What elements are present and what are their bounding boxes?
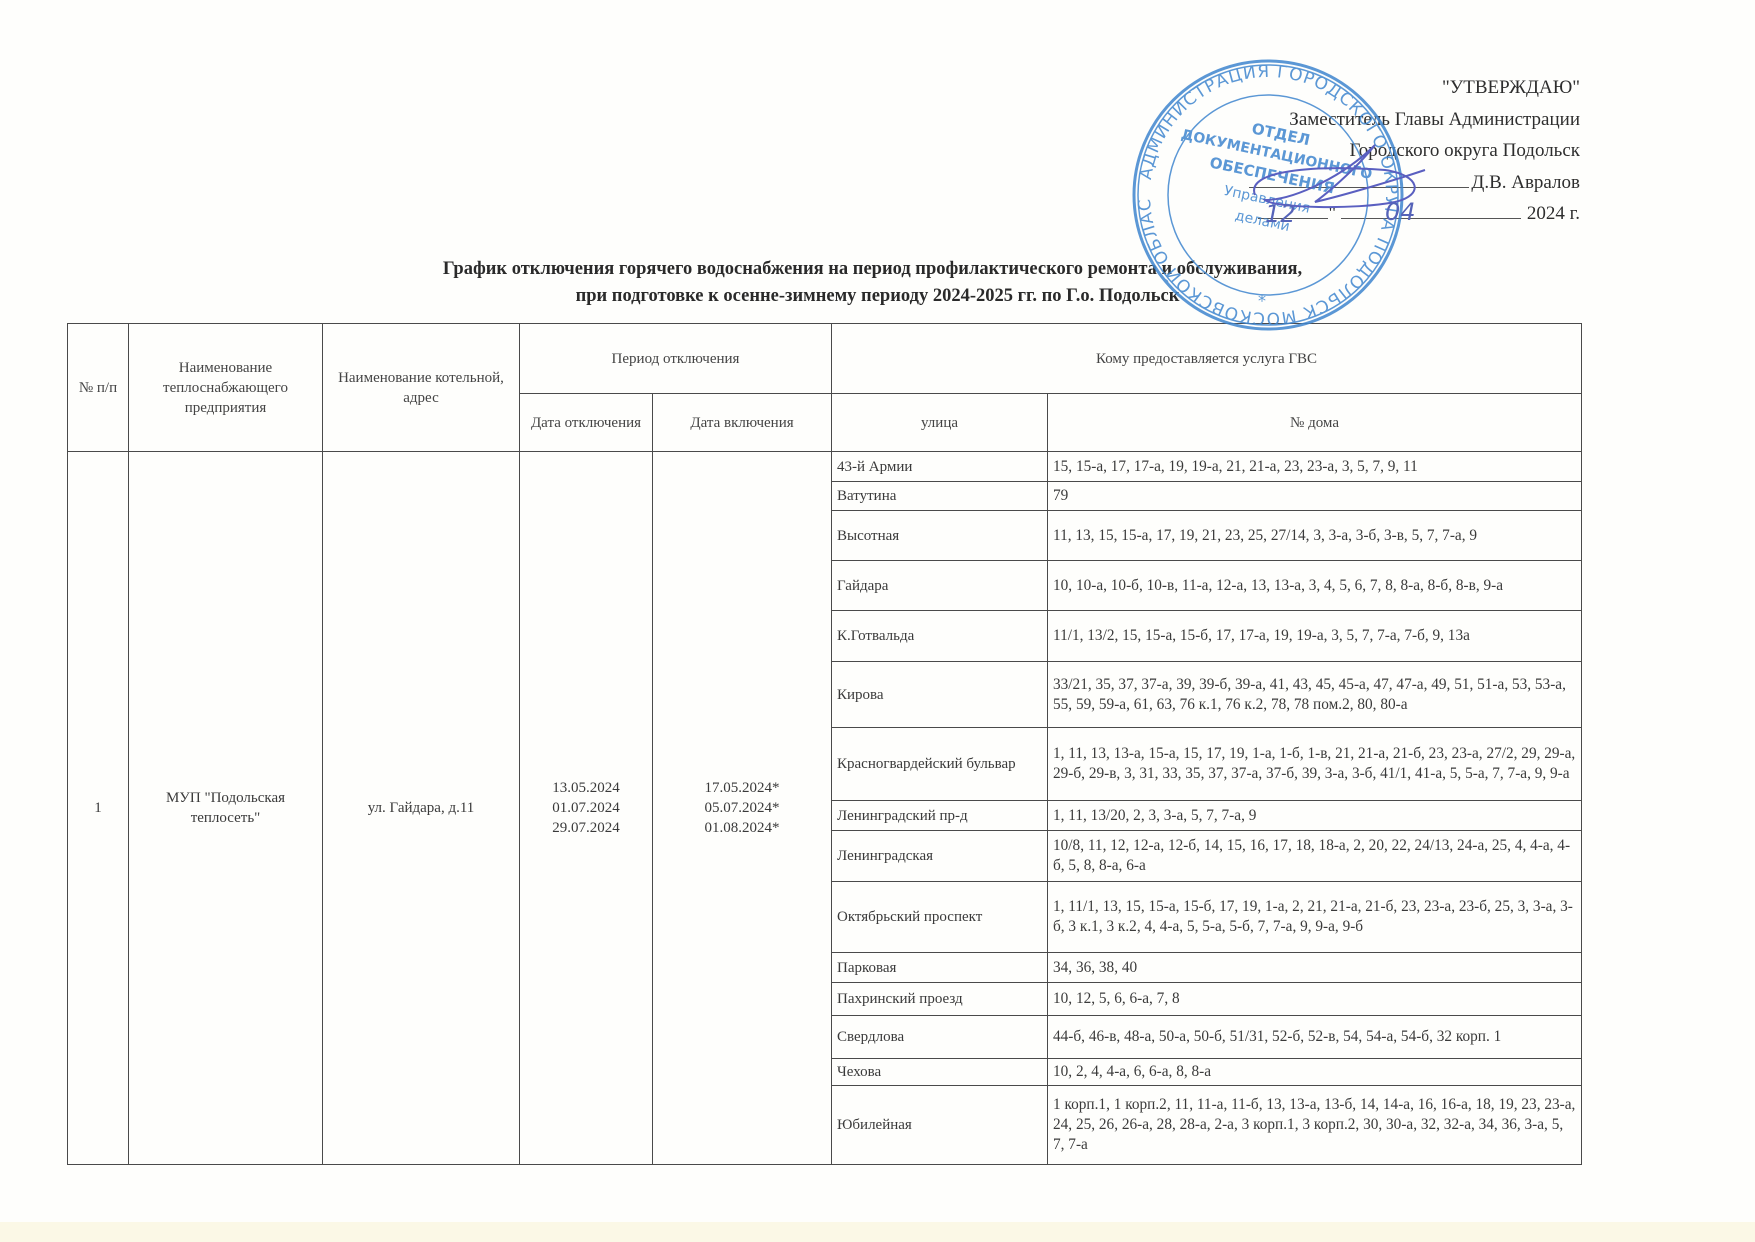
cell-houses: 10, 10-а, 10-б, 10-в, 11-а, 12-а, 13, 13…: [1048, 561, 1582, 611]
header-houses: № дома: [1048, 394, 1582, 452]
cell-houses: 44-б, 46-в, 48-а, 50-а, 50-б, 51/31, 52-…: [1048, 1016, 1582, 1059]
handwritten-month: 04: [1385, 198, 1416, 226]
handwritten-day: 12: [1265, 200, 1296, 228]
date-on-1: 17.05.2024*: [658, 778, 826, 798]
cell-street: Гайдара: [832, 561, 1048, 611]
cell-houses: 1, 11, 13/20, 2, 3, 3-а, 5, 7, 7-а, 9: [1048, 801, 1582, 831]
header-num: № п/п: [68, 324, 129, 452]
cell-street: 43-й Армии: [832, 452, 1048, 482]
cell-street: Высотная: [832, 511, 1048, 561]
cell-houses: 10, 2, 4, 4-а, 6, 6-а, 8, 8-а: [1048, 1059, 1582, 1086]
cell-num: 1: [68, 452, 129, 1165]
cell-street: Юбилейная: [832, 1086, 1048, 1165]
cell-street: Ватутина: [832, 482, 1048, 511]
date-off-3: 29.07.2024: [525, 818, 647, 838]
cell-dates-off: 13.05.2024 01.07.2024 29.07.2024: [520, 452, 653, 1165]
cell-houses: 1 корп.1, 1 корп.2, 11, 11-а, 11-б, 13, …: [1048, 1086, 1582, 1165]
cell-street: Кирова: [832, 662, 1048, 728]
cell-street: Пахринский проезд: [832, 983, 1048, 1016]
approval-year: 2024 г.: [1527, 203, 1580, 224]
cell-street: Чехова: [832, 1059, 1048, 1086]
cell-street: Красногвардейский бульвар: [832, 728, 1048, 801]
header-service: Кому предоставляется услуга ГВС: [832, 324, 1582, 394]
cell-houses: 10/8, 11, 12, 12-а, 12-б, 14, 15, 16, 17…: [1048, 831, 1582, 882]
approver-name: Д.В. Авралов: [1471, 172, 1580, 193]
header-enterprise: Наименование теплоснабжающего предприяти…: [129, 324, 323, 452]
header-street: улица: [832, 394, 1048, 452]
cell-houses: 11, 13, 15, 15-а, 17, 19, 21, 23, 25, 27…: [1048, 511, 1582, 561]
cell-dates-on: 17.05.2024* 05.07.2024* 01.08.2024*: [653, 452, 832, 1165]
header-boiler: Наименование котельной, адрес: [323, 324, 520, 452]
cell-street: Ленинградский пр-д: [832, 801, 1048, 831]
outage-schedule-table: № п/п Наименование теплоснабжающего пред…: [67, 323, 1582, 1165]
document-title: График отключения горячего водоснабжения…: [0, 256, 1755, 310]
cell-street: Парковая: [832, 953, 1048, 983]
cell-street: Ленинградская: [832, 831, 1048, 882]
date-off-2: 01.07.2024: [525, 798, 647, 818]
cell-houses: 15, 15-а, 17, 17-а, 19, 19-а, 21, 21-а, …: [1048, 452, 1582, 482]
cell-houses: 34, 36, 38, 40: [1048, 953, 1582, 983]
cell-houses: 79: [1048, 482, 1582, 511]
cell-street: К.Готвальда: [832, 611, 1048, 662]
date-off-1: 13.05.2024: [525, 778, 647, 798]
header-period: Период отключения: [520, 324, 832, 394]
cell-houses: 1, 11/1, 13, 15, 15-а, 15-б, 17, 19, 1-а…: [1048, 882, 1582, 953]
title-line-1: График отключения горячего водоснабжения…: [0, 256, 1755, 283]
cell-street: Свердлова: [832, 1016, 1048, 1059]
cell-enterprise: МУП "Подольская теплосеть": [129, 452, 323, 1165]
cell-street: Октябрьский проспект: [832, 882, 1048, 953]
cell-houses: 11/1, 13/2, 15, 15-а, 15-б, 17, 17-а, 19…: [1048, 611, 1582, 662]
scan-bottom-edge: [0, 1222, 1755, 1242]
title-line-2: при подготовке к осенне-зимнему периоду …: [0, 283, 1755, 310]
cell-houses: 33/21, 35, 37, 37-а, 39, 39-б, 39-а, 41,…: [1048, 662, 1582, 728]
table-row: 1 МУП "Подольская теплосеть" ул. Гайдара…: [68, 452, 1582, 482]
date-on-2: 05.07.2024*: [658, 798, 826, 818]
header-date-on: Дата включения: [653, 394, 832, 452]
cell-boiler: ул. Гайдара, д.11: [323, 452, 520, 1165]
approval-position-1: Заместитель Главы Администрации: [1249, 104, 1580, 136]
cell-houses: 10, 12, 5, 6, 6-а, 7, 8: [1048, 983, 1582, 1016]
approval-heading: "УТВЕРЖДАЮ": [1249, 72, 1580, 104]
date-on-3: 01.08.2024*: [658, 818, 826, 838]
cell-houses: 1, 11, 13, 13-а, 15-а, 15, 17, 19, 1-а, …: [1048, 728, 1582, 801]
header-row-1: № п/п Наименование теплоснабжающего пред…: [68, 324, 1582, 394]
header-date-off: Дата отключения: [520, 394, 653, 452]
